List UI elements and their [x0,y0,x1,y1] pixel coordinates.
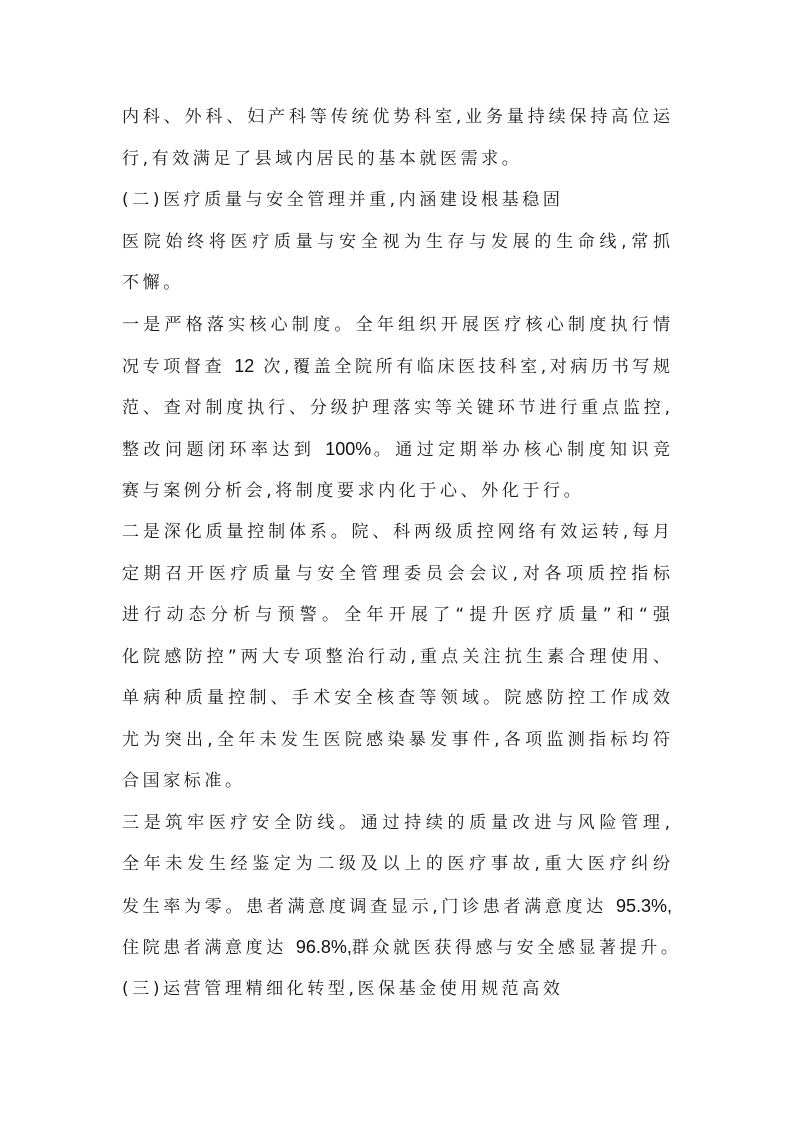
text-segment: 化院感防控”两大专项整治行动,重点关注抗生素合理使用、 [122,647,672,667]
text-line: 内科、外科、妇产科等传统优势科室,业务量持续保持高位运 [122,97,672,139]
text-segment: 不懈。 [122,273,184,293]
text-segment: 单病种质量控制、手术安全核查等领域。院感防控工作成效 [122,688,672,708]
text-line: 尤为突出,全年未发生医院感染暴发事件,各项监测指标均符 [122,720,672,762]
text-segment: 内科、外科、妇产科等传统优势科室,业务量持续保持高位运 [122,107,672,127]
text-line: 进行动态分析与预警。全年开展了“提升医疗质量”和“强 [122,595,672,637]
text-line: 定期召开医疗质量与安全管理委员会会议,对各项质控指标 [122,554,672,596]
inpatient-satisfaction: 96.8%, [296,937,352,957]
paragraph: 一是严格落实核心制度。全年组织开展医疗核心制度执行情 况专项督查 12 次,覆盖… [122,305,672,513]
text-line: 况专项督查 12 次,覆盖全院所有临床医技科室,对病历书写规 [122,346,672,388]
text-line: 范、查对制度执行、分级护理落实等关键环节进行重点监控, [122,388,672,430]
section-heading: (二)医疗质量与安全管理并重,内涵建设根基稳固 [122,180,672,222]
text-segment: 医院始终将医疗质量与安全视为生存与发展的生命线,常抓 [122,232,672,252]
text-line: 二是深化质量控制体系。院、科两级质控网络有效运转,每月 [122,512,672,554]
text-segment: 范、查对制度执行、分级护理落实等关键环节进行重点监控, [122,398,672,418]
text-segment: 行,有效满足了县域内居民的基本就医需求。 [122,149,522,169]
text-segment: 二是深化质量控制体系。院、科两级质控网络有效运转,每月 [122,522,672,542]
text-segment: 尤为突出,全年未发生医院感染暴发事件,各项监测指标均符 [122,730,672,750]
text-segment: 。通过定期举办核心制度知识竞 [371,440,672,460]
text-segment: 住院患者满意度达 [122,938,296,958]
paragraph: 内科、外科、妇产科等传统优势科室,业务量持续保持高位运 行,有效满足了县域内居民… [122,97,672,180]
text-line: 单病种质量控制、手术安全核查等领域。院感防控工作成效 [122,678,672,720]
text-segment: 一是严格落实核心制度。全年组织开展医疗核心制度执行情 [122,315,672,335]
text-segment: 赛与案例分析会,将制度要求内化于心、外化于行。 [122,481,584,501]
text-line: 合国家标准。 [122,761,672,803]
outpatient-satisfaction: 95.3%, [616,896,672,916]
text-line: 化院感防控”两大专项整治行动,重点关注抗生素合理使用、 [122,637,672,679]
text-line: 一是严格落实核心制度。全年组织开展医疗核心制度执行情 [122,305,672,347]
text-line: 行,有效满足了县域内居民的基本就医需求。 [122,139,672,181]
document-body: 内科、外科、妇产科等传统优势科室,业务量持续保持高位运 行,有效满足了县域内居民… [122,97,672,1010]
closure-rate: 100% [325,439,371,459]
text-line: 全年未发生经鉴定为二级及以上的医疗事故,重大医疗纠纷 [122,844,672,886]
heading-text: (二)医疗质量与安全管理并重,内涵建设根基稳固 [122,190,563,210]
paragraph: 二是深化质量控制体系。院、科两级质控网络有效运转,每月 定期召开医疗质量与安全管… [122,512,672,803]
text-segment: 进行动态分析与预警。全年开展了“提升医疗质量”和“强 [122,605,672,625]
text-line: (三)运营管理精细化转型,医保基金使用规范高效 [122,969,672,1011]
text-segment: 发生率为零。患者满意度调查显示,门诊患者满意度达 [122,897,616,917]
section-heading: (三)运营管理精细化转型,医保基金使用规范高效 [122,969,672,1011]
text-line: (二)医疗质量与安全管理并重,内涵建设根基稳固 [122,180,672,222]
text-line: 赛与案例分析会,将制度要求内化于心、外化于行。 [122,471,672,513]
text-segment: 群众就医获得感与安全感显著提升。 [352,938,682,958]
text-segment: 次,覆盖全院所有临床医技科室,对病历书写规 [254,357,672,377]
text-line: 三是筑牢医疗安全防线。通过持续的质量改进与风险管理, [122,803,672,845]
text-segment: 整改问题闭环率达到 [122,440,325,460]
heading-text: (三)运营管理精细化转型,医保基金使用规范高效 [122,979,563,999]
text-segment: 况专项督查 [122,357,234,377]
inspection-count: 12 [234,356,254,376]
text-segment: 合国家标准。 [122,771,246,791]
text-segment: 全年未发生经鉴定为二级及以上的医疗事故,重大医疗纠纷 [122,854,672,874]
text-line: 发生率为零。患者满意度调查显示,门诊患者满意度达 95.3%, [122,886,672,928]
paragraph: 医院始终将医疗质量与安全视为生存与发展的生命线,常抓 不懈。 [122,222,672,305]
text-line: 住院患者满意度达 96.8%,群众就医获得感与安全感显著提升。 [122,927,672,969]
text-segment: 三是筑牢医疗安全防线。通过持续的质量改进与风险管理, [122,813,672,833]
paragraph: 三是筑牢医疗安全防线。通过持续的质量改进与风险管理, 全年未发生经鉴定为二级及以… [122,803,672,969]
text-line: 整改问题闭环率达到 100%。通过定期举办核心制度知识竞 [122,429,672,471]
text-line: 不懈。 [122,263,672,305]
text-segment: 定期召开医疗质量与安全管理委员会会议,对各项质控指标 [122,564,672,584]
text-line: 医院始终将医疗质量与安全视为生存与发展的生命线,常抓 [122,222,672,264]
document-page: 内科、外科、妇产科等传统优势科室,业务量持续保持高位运 行,有效满足了县域内居民… [0,0,793,1122]
